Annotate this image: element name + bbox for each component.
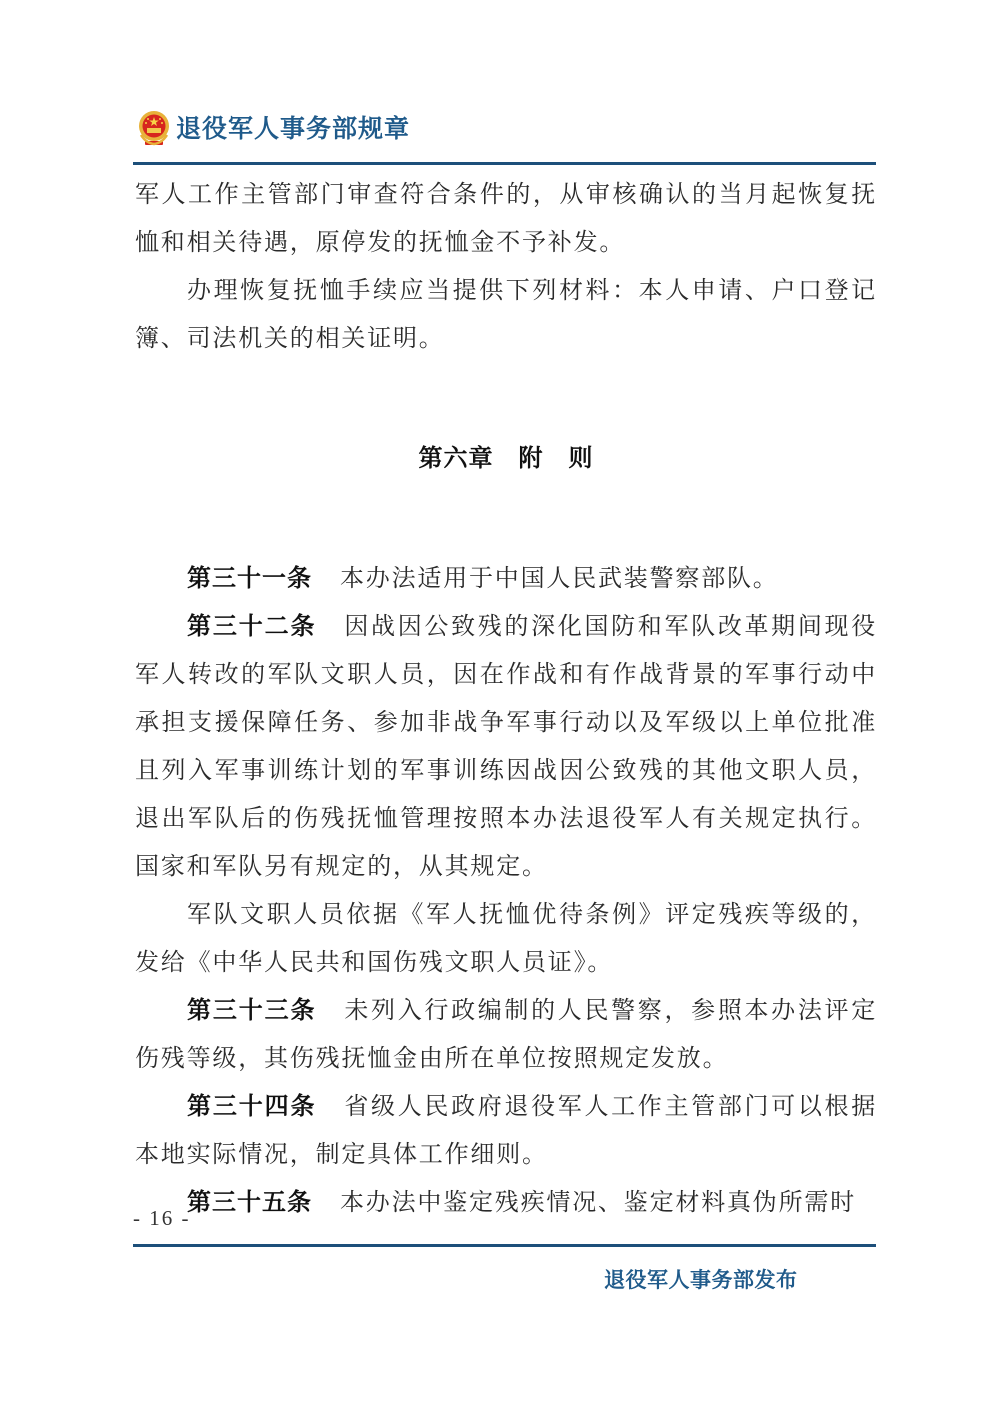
footer-divider (133, 1244, 876, 1247)
article-text: 军队文职人员依据《军人抚恤优待条例》评定残疾等级的，发给《中华人民共和国伤残文职… (135, 900, 877, 976)
header-divider (133, 162, 876, 165)
paragraph: 办理恢复抚恤手续应当提供下列材料：本人申请、户口登记簿、司法机关的相关证明。 (135, 266, 877, 362)
article-label: 第三十一条 (187, 564, 312, 592)
paragraph: 军人工作主管部门审查符合条件的，从审核确认的当月起恢复抚恤和相关待遇，原停发的抚… (135, 170, 877, 266)
document-body: 军人工作主管部门审查符合条件的，从审核确认的当月起恢复抚恤和相关待遇，原停发的抚… (135, 170, 877, 1226)
article-label: 第三十五条 (187, 1188, 312, 1216)
article-text: 本办法中鉴定残疾情况、鉴定材料真伪所需时 (340, 1188, 856, 1216)
article-label: 第三十四条 (187, 1092, 316, 1120)
article-31: 第三十一条本办法适用于中国人民武装警察部队。 (135, 554, 877, 602)
page-number: - 16 - (133, 1206, 191, 1231)
publisher-label: 退役军人事务部发布 (604, 1264, 798, 1294)
article-34: 第三十四条省级人民政府退役军人工作主管部门可以根据本地实际情况，制定具体工作细则… (135, 1082, 877, 1178)
article-33: 第三十三条未列入行政编制的人民警察，参照本办法评定伤残等级，其伤残抚恤金由所在单… (135, 986, 877, 1082)
article-text: 因战因公致残的深化国防和军队改革期间现役军人转改的军队文职人员，因在作战和有作战… (135, 612, 877, 880)
header-title: 退役军人事务部规章 (176, 109, 410, 149)
article-label: 第三十二条 (187, 612, 316, 640)
article-text: 本办法适用于中国人民武装警察部队。 (340, 564, 779, 592)
page-header: 退役军人事务部规章 (136, 104, 410, 154)
article-32: 第三十二条因战因公致残的深化国防和军队改革期间现役军人转改的军队文职人员，因在作… (135, 602, 877, 890)
national-emblem-icon (136, 109, 172, 149)
article-35: 第三十五条本办法中鉴定残疾情况、鉴定材料真伪所需时 (135, 1178, 877, 1226)
chapter-heading: 第六章 附 则 (135, 362, 877, 554)
article-label: 第三十三条 (187, 996, 316, 1024)
article-32-paragraph-2: 军队文职人员依据《军人抚恤优待条例》评定残疾等级的，发给《中华人民共和国伤残文职… (135, 890, 877, 986)
